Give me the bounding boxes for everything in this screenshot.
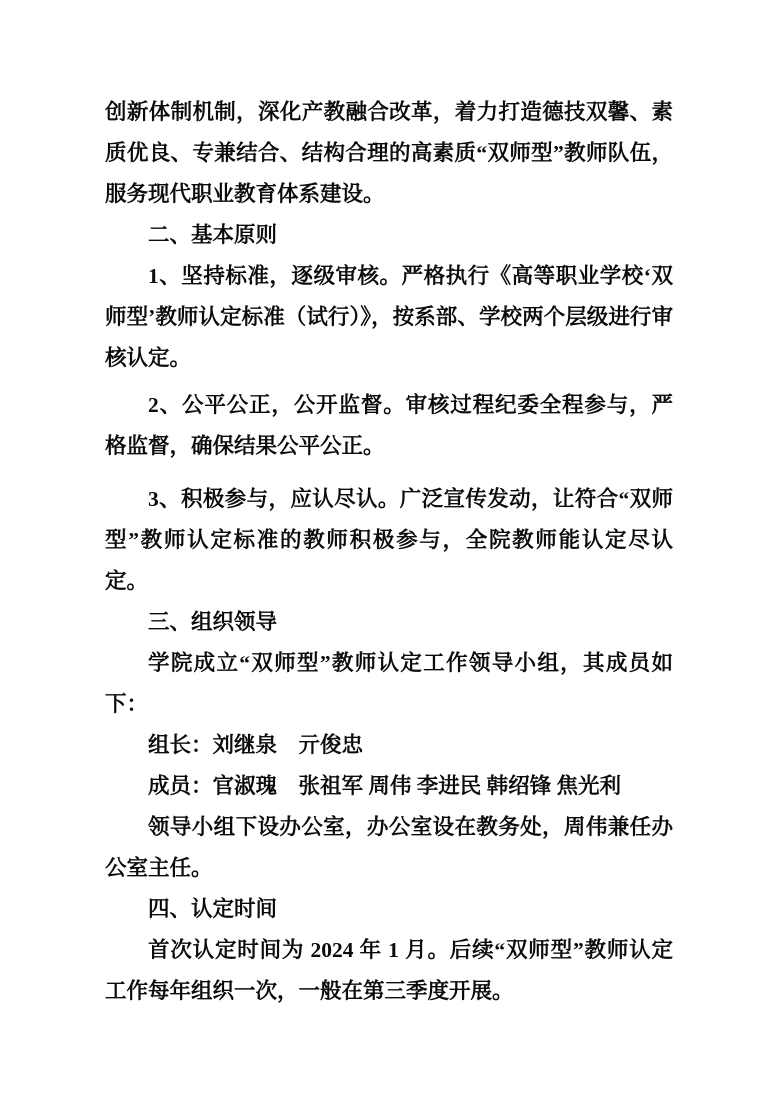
paragraph: 组长：刘继泉 亓俊忠 (105, 725, 673, 766)
document-page: 创新体制机制，深化产教融合改革，着力打造德技双馨、素质优良、专兼结合、结构合理的… (0, 0, 774, 1104)
section-heading: 二、基本原则 (105, 215, 673, 256)
paragraph: 1、坚持标准，逐级审核。严格执行《高等职业学校‘双师型’教师认定标准（试行）》，… (105, 256, 673, 379)
paragraph: 首次认定时间为 2024 年 1 月。后续“双师型”教师认定工作每年组织一次，一… (105, 930, 673, 1012)
paragraph: 3、积极参与，应认尽认。广泛宣传发动，让符合“双师型”教师认定标准的教师积极参与… (105, 479, 673, 602)
document-body: 创新体制机制，深化产教融合改革，着力打造德技双馨、素质优良、专兼结合、结构合理的… (105, 92, 673, 1012)
paragraph: 2、公平公正，公开监督。审核过程纪委全程参与，严格监督，确保结果公平公正。 (105, 385, 673, 467)
paragraph: 领导小组下设办公室，办公室设在教务处，周伟兼任办公室主任。 (105, 807, 673, 889)
section-heading: 四、认定时间 (105, 889, 673, 930)
paragraph: 成员：官淑瑰 张祖军 周伟 李进民 韩绍锋 焦光利 (105, 766, 673, 807)
paragraph: 学院成立“双师型”教师认定工作领导小组，其成员如下： (105, 643, 673, 725)
paragraph: 创新体制机制，深化产教融合改革，着力打造德技双馨、素质优良、专兼结合、结构合理的… (105, 92, 673, 215)
section-heading: 三、组织领导 (105, 602, 673, 643)
